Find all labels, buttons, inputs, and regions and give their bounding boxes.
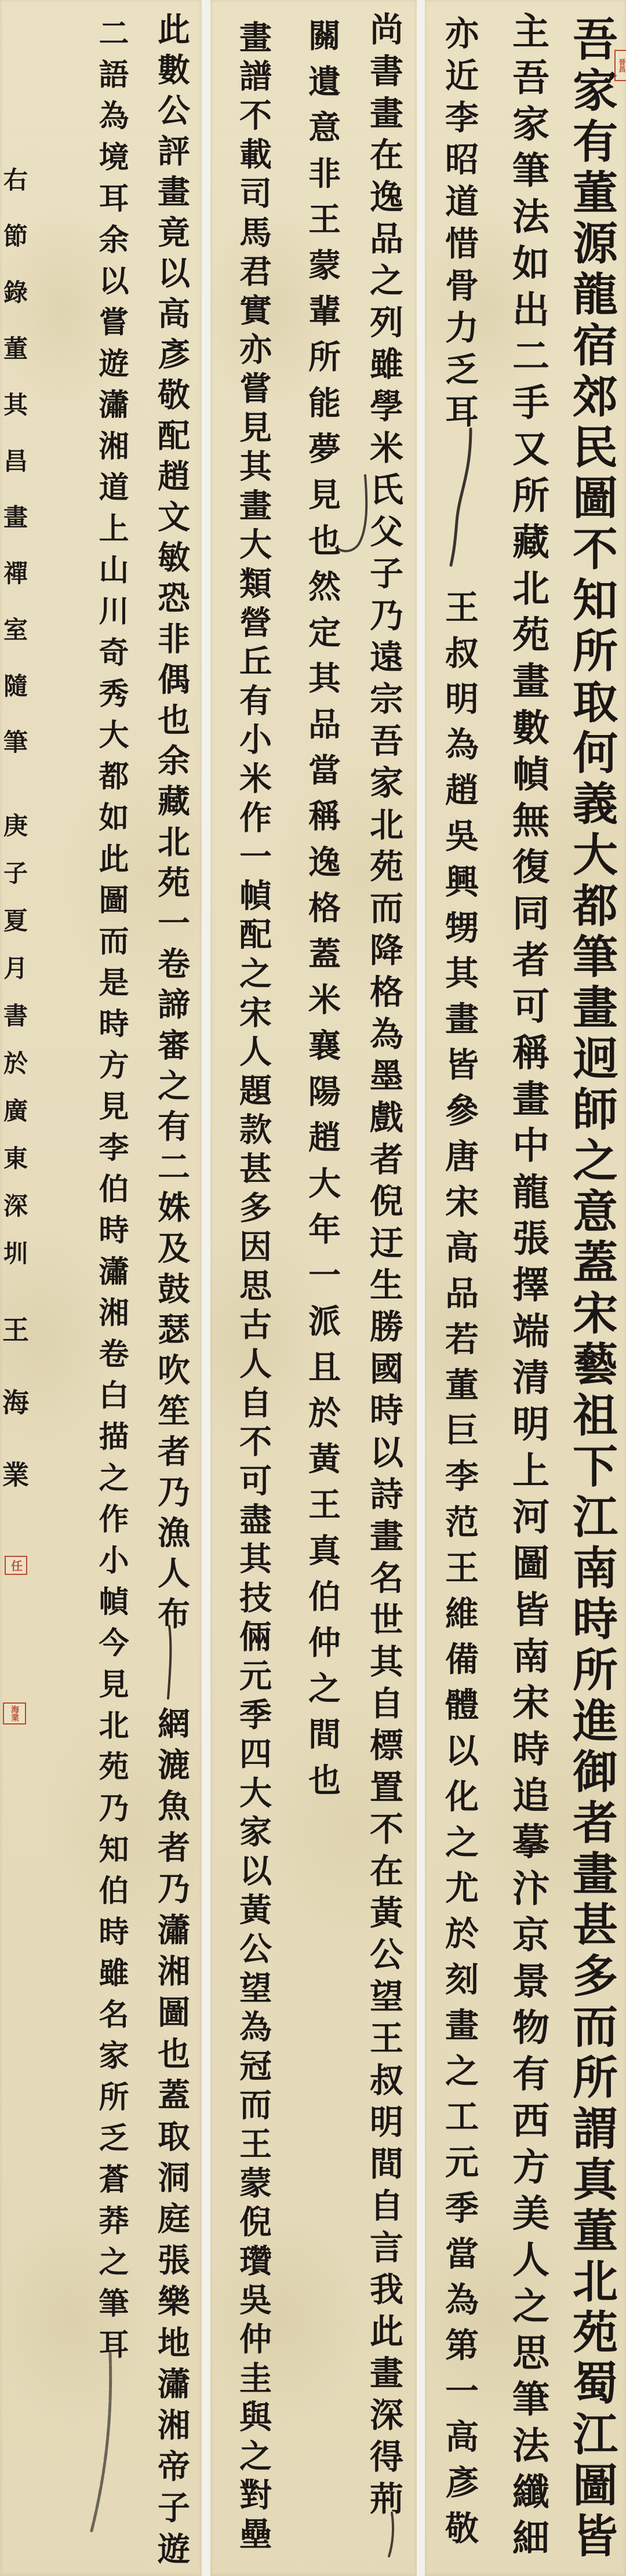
seal-signature-1: 任	[5, 1556, 27, 1575]
left-panel-column-1-part-1: 此數公評畫竟以高彥敬配趙文敏恐非偶也余藏北苑一卷諦審之有二姝及鼓瑟吹笙者乃漁人布	[155, 12, 188, 1638]
right-panel-column-2: 主吾家筆法如出二手又所藏北苑畫數幀無復同者可稱畫中龍張擇端清明上河圖皆南宋時追摹…	[509, 12, 546, 2566]
artist-signature: 王海業	[1, 1316, 27, 1533]
seal-top-right: 晉昌	[614, 50, 626, 81]
middle-panel-column-3: 畫譜不載司馬君實亦嘗見其畫大類營丘有小米作一幀配之宋人題款甚多因思古人自不可盡其…	[237, 20, 270, 2556]
colophon-source-note: 右節錄董其昌畫禪室隨筆	[2, 167, 26, 785]
right-panel-column-1: 吾家有董源龍宿郊民圖不知所取何義大都筆畫迥師之意蓋宋藝祖下江南時所進御者畫甚多而…	[569, 16, 614, 2563]
left-panel-column-2: 二語為境耳余以嘗遊瀟湘道上山川奇秀大都如此圖而是時方見李伯時瀟湘卷白描之作小幀今…	[96, 17, 126, 2370]
seal-signature-2: 海業	[3, 1702, 26, 1724]
colophon-date-place: 庚子夏月書於廣東深圳	[2, 813, 26, 1288]
middle-panel-column-1: 尚書畫在逸品之列雖學米氏父子乃遠宗吾家北苑而降格為墨戲者倪迂生勝國時以詩畫名世其…	[367, 12, 401, 2523]
right-panel-column-3-part-1: 亦近李昭道惜骨力乏耳	[442, 16, 476, 436]
left-panel-column-1-part-2: 網漉魚者乃瀟湘圖也蓋取洞庭張樂地瀟湘帝子遊	[155, 1707, 188, 2573]
middle-panel-column-2: 關遺意非王蒙輩所能夢見也然定其品當稱逸格蓋米襄陽趙大年一派且於黃王真伯仲之間也	[306, 19, 339, 1809]
right-panel-column-3-part-2: 王叔明為趙吳興甥其畫皆參唐宋高品若董巨李范王維備體以化之尤於刻畫之工元季當為第一…	[442, 590, 476, 2556]
